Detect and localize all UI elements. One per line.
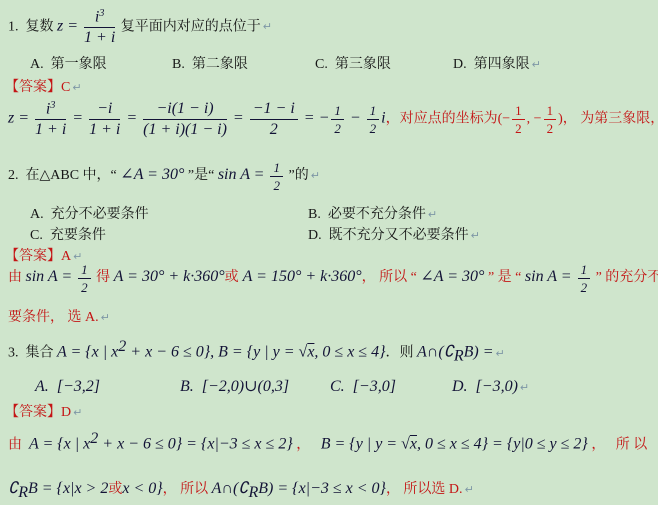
text-run: ．则 — [385, 346, 417, 361]
fraction-denominator: 2 — [250, 120, 298, 138]
text-run: 【答案】 — [5, 405, 61, 420]
fraction: 12 — [367, 103, 380, 135]
text-run: = — [229, 109, 248, 126]
text-run: B) = — [464, 344, 494, 361]
text-run: , − — [527, 111, 542, 126]
text-run: ”的 — [285, 168, 309, 183]
text-run: z = — [57, 17, 82, 34]
opt-q2-d: D. 既不充分又不必要条件↵ — [308, 227, 480, 246]
text-run: sin A = — [218, 166, 269, 183]
text-run: 得 — [93, 270, 114, 285]
fraction-numerator: 1 — [544, 103, 557, 120]
q2-stem: 2. 在△ABC 中，“ ∠A = 30° ”是“ sin A = 12 ”的↵ — [8, 160, 320, 192]
text-run: 1 + i — [35, 121, 66, 138]
fraction: 12 — [578, 262, 591, 294]
text-run: 或 — [225, 270, 239, 285]
text-run: + x − 6 ≤ 0} = {x|−3 ≤ x ≤ 2} — [98, 436, 292, 453]
paragraph-mark-icon: ↵ — [496, 347, 505, 360]
fraction-denominator: (1 + i)(1 − i) — [143, 120, 227, 138]
text-run: A = {x | x — [57, 344, 118, 361]
text-run: 1 — [515, 103, 522, 118]
text-run: A = {x | x — [29, 436, 90, 453]
paragraph-mark-icon: ↵ — [465, 483, 474, 496]
q1-answer: 【答案】C↵ — [5, 79, 82, 98]
text-run: 【答案】 — [5, 80, 61, 95]
text-run: 2 — [581, 280, 588, 295]
paragraph-mark-icon: ↵ — [263, 20, 272, 33]
subscript: R — [454, 347, 464, 364]
opt-q3-b: B. [−2,0)∪(0,3] — [180, 376, 289, 398]
q3-stem: 3. 集合 A = {x | x2 + x − 6 ≤ 0}, B = {y |… — [8, 336, 505, 367]
text-run: A∩(∁ — [417, 344, 454, 361]
text-run: B) = {x|−3 ≤ x < 0} — [258, 480, 386, 497]
subscript: R — [248, 484, 258, 501]
fraction-numerator: 1 — [367, 103, 380, 120]
text-run: C. 第三象限 — [315, 57, 391, 72]
fraction-denominator: 1 + i — [84, 28, 115, 46]
text-run: ， 所以 “ — [362, 270, 421, 285]
text-run: −i — [97, 100, 112, 117]
text-run: B. 第二象限 — [172, 57, 248, 72]
text-run: 2 — [334, 121, 341, 136]
opt-q2-b: B. 必要不充分条件↵ — [308, 206, 437, 225]
opt-q3-c: C. [−3,0] — [330, 376, 396, 398]
fraction-numerator: 1 — [331, 103, 344, 120]
text-run: D — [61, 405, 71, 420]
paragraph-mark-icon: ↵ — [532, 58, 541, 71]
text-run: 2 — [515, 121, 522, 136]
fraction: −1 − i2 — [250, 100, 298, 138]
fraction-numerator: 1 — [512, 103, 525, 120]
fraction-numerator: 1 — [78, 262, 91, 279]
text-run: (1 + i)(1 − i) — [143, 121, 227, 138]
opt-q1-d: D. 第四象限↵ — [453, 56, 541, 75]
text-run: A = 150° + k·360° — [239, 268, 362, 285]
text-run: 2 — [273, 178, 280, 193]
q2-solution-2: 要条件， 选 A.↵ — [8, 309, 110, 328]
text-run: C. [−3,0] — [330, 378, 396, 395]
fraction-denominator: 2 — [578, 279, 591, 294]
text-run: 1 — [273, 160, 280, 175]
text-run: 由 — [8, 270, 26, 285]
square-root: √x — [299, 344, 315, 361]
opt-q1-a: A. 第一象限 — [30, 56, 107, 75]
text-run: x < 0} — [122, 480, 162, 497]
square-root: √x — [401, 436, 417, 453]
text-run: 1 — [370, 103, 377, 118]
text-run: = — [122, 109, 141, 126]
text-run: A = 30° + k·360° — [114, 268, 225, 285]
q2-solution-1: 由 sin A = 12 得 A = 30° + k·360°或 A = 150… — [8, 262, 652, 294]
fraction-denominator: 2 — [270, 177, 283, 192]
text-run: , 0 ≤ x ≤ 4} = {y|0 ≤ y ≤ 2} — [417, 436, 588, 453]
text-run: ∠A = 30° — [120, 166, 184, 183]
text-run: 或 — [108, 482, 122, 497]
superscript: 3 — [50, 100, 55, 111]
text-run: , 0 ≤ x ≤ 4} — [314, 344, 385, 361]
q2-options-1: A. 充分不必要条件B. 必要不充分条件↵ — [0, 206, 658, 226]
text-run: A. 第一象限 — [30, 57, 107, 72]
text-run: ， 所以 — [163, 482, 212, 497]
q1-options: A. 第一象限B. 第二象限C. 第三象限D. 第四象限↵ — [0, 56, 658, 76]
text-run: 1 — [581, 262, 588, 277]
text-run: ∁ — [8, 480, 18, 497]
radical-sign: √ — [299, 344, 308, 361]
superscript: 3 — [99, 8, 104, 19]
q2-options-2: C. 充要条件D. 既不充分又不必要条件↵ — [0, 227, 658, 247]
q3-answer: 【答案】D↵ — [5, 404, 82, 423]
text-run: 1 — [334, 103, 341, 118]
fraction-numerator: i3 — [35, 100, 66, 120]
q3-options: A. [−3,2]B. [−2,0)∪(0,3]C. [−3,0]D. [−3,… — [0, 376, 658, 400]
text-run: A. [−3,2] — [35, 378, 100, 395]
text-run: )， 为第三象限， 选 C. — [558, 111, 658, 126]
paragraph-mark-icon: ↵ — [101, 311, 110, 324]
text-run: A∩(∁ — [212, 480, 249, 497]
fraction: 12 — [544, 103, 557, 135]
text-run: 2 — [270, 121, 278, 138]
q3-solution-1: 由 A = {x | x2 + x − 6 ≤ 0} = {x|−3 ≤ x ≤… — [8, 428, 654, 456]
text-run: 1 — [547, 103, 554, 118]
text-run: = — [68, 109, 87, 126]
fraction-denominator: 2 — [367, 120, 380, 135]
text-run: 由 — [8, 438, 29, 453]
text-run: B. [−2,0)∪(0,3] — [180, 378, 289, 395]
fraction-denominator: 2 — [78, 279, 91, 294]
fraction: 12 — [78, 262, 91, 294]
text-run: ， 所以选 D. — [386, 482, 463, 497]
text-run: 1 — [81, 262, 88, 277]
text-run: ”是“ — [184, 168, 217, 183]
paragraph-mark-icon: ↵ — [72, 81, 81, 94]
q1-stem: 1. 复数 z = i31 + i 复平面内对应的点位于↵ — [8, 8, 272, 46]
fraction-numerator: −i(1 − i) — [143, 100, 227, 120]
text-run: sin A = — [26, 268, 77, 285]
opt-q1-c: C. 第三象限 — [315, 56, 391, 75]
q3-solution-2: ∁RB = {x|x > 2或x < 0}， 所以 A∩(∁RB) = {x|−… — [8, 478, 474, 503]
text-run: ， 所 以 — [588, 438, 648, 453]
fraction: 12 — [270, 160, 283, 192]
text-run: ∠A = 30° — [420, 268, 484, 285]
text-run: −1 − i — [253, 100, 295, 117]
radical-sign: √ — [401, 436, 410, 453]
text-run: sin A = — [525, 268, 576, 285]
text-run: D. 第四象限 — [453, 57, 530, 72]
fraction: 12 — [512, 103, 525, 135]
text-run: 复平面内对应的点位于 — [117, 19, 261, 34]
fraction-denominator: 2 — [512, 120, 525, 135]
text-run: 2 — [547, 121, 554, 136]
text-run: −i(1 − i) — [156, 100, 213, 117]
fraction-denominator: 2 — [331, 120, 344, 135]
text-run: D. [−3,0) — [452, 378, 518, 395]
text-run: D. 既不充分又不必要条件 — [308, 228, 469, 243]
text-run: B. 必要不充分条件 — [308, 207, 426, 222]
paragraph-mark-icon: ↵ — [520, 381, 529, 394]
fraction-denominator: 1 + i — [89, 120, 120, 138]
fraction: i31 + i — [84, 8, 115, 46]
text-run: ， — [293, 438, 321, 453]
text-run: C. 充要条件 — [30, 228, 106, 243]
opt-q3-a: A. [−3,2] — [35, 376, 100, 398]
paragraph-mark-icon: ↵ — [428, 208, 437, 221]
text-run: ，对应点的坐标为(− — [386, 111, 511, 126]
text-run: A. 充分不必要条件 — [30, 207, 149, 222]
fraction: −i(1 − i)(1 + i)(1 − i) — [143, 100, 227, 138]
text-run: z = — [8, 109, 33, 126]
exam-document-page: 1. 复数 z = i31 + i 复平面内对应的点位于↵A. 第一象限B. 第… — [0, 0, 658, 505]
opt-q2-c: C. 充要条件 — [30, 227, 106, 246]
fraction-numerator: i3 — [84, 8, 115, 28]
text-run: 2 — [81, 280, 88, 295]
fraction: 12 — [331, 103, 344, 135]
text-run: − — [346, 109, 365, 126]
paragraph-mark-icon: ↵ — [471, 229, 480, 242]
text-run: B = {y | y = — [321, 436, 401, 453]
fraction-numerator: −1 − i — [250, 100, 298, 120]
text-run: + x − 6 ≤ 0}, B = {y | y = — [126, 344, 298, 361]
text-run: C — [61, 80, 70, 95]
text-run: ” 的充分不必 — [592, 270, 658, 285]
text-run: 要条件， 选 A. — [8, 310, 99, 325]
opt-q2-a: A. 充分不必要条件 — [30, 206, 149, 225]
fraction-numerator: 1 — [578, 262, 591, 279]
text-run: 1 + i — [84, 29, 115, 46]
fraction-numerator: 1 — [270, 160, 283, 177]
subscript: R — [18, 484, 28, 501]
opt-q3-d: D. [−3,0)↵ — [452, 376, 529, 398]
text-run: 2 — [370, 121, 377, 136]
fraction: −i1 + i — [89, 100, 120, 138]
text-run: B = {x|x > 2 — [28, 480, 108, 497]
q1-solution: z = i31 + i = −i1 + i = −i(1 − i)(1 + i)… — [8, 100, 658, 138]
text-run: 1 + i — [89, 121, 120, 138]
text-run: 1. 复数 — [8, 19, 57, 34]
text-run: 2. 在△ABC 中，“ — [8, 168, 120, 183]
text-run: = − — [300, 109, 330, 126]
fraction-denominator: 2 — [544, 120, 557, 135]
text-run: ” 是 “ — [484, 270, 524, 285]
fraction-denominator: 1 + i — [35, 120, 66, 138]
opt-q1-b: B. 第二象限 — [172, 56, 248, 75]
fraction: i31 + i — [35, 100, 66, 138]
text-run: 3. 集合 — [8, 346, 57, 361]
fraction-numerator: −i — [89, 100, 120, 120]
paragraph-mark-icon: ↵ — [73, 406, 82, 419]
radicand: x — [410, 436, 417, 453]
paragraph-mark-icon: ↵ — [311, 169, 320, 182]
